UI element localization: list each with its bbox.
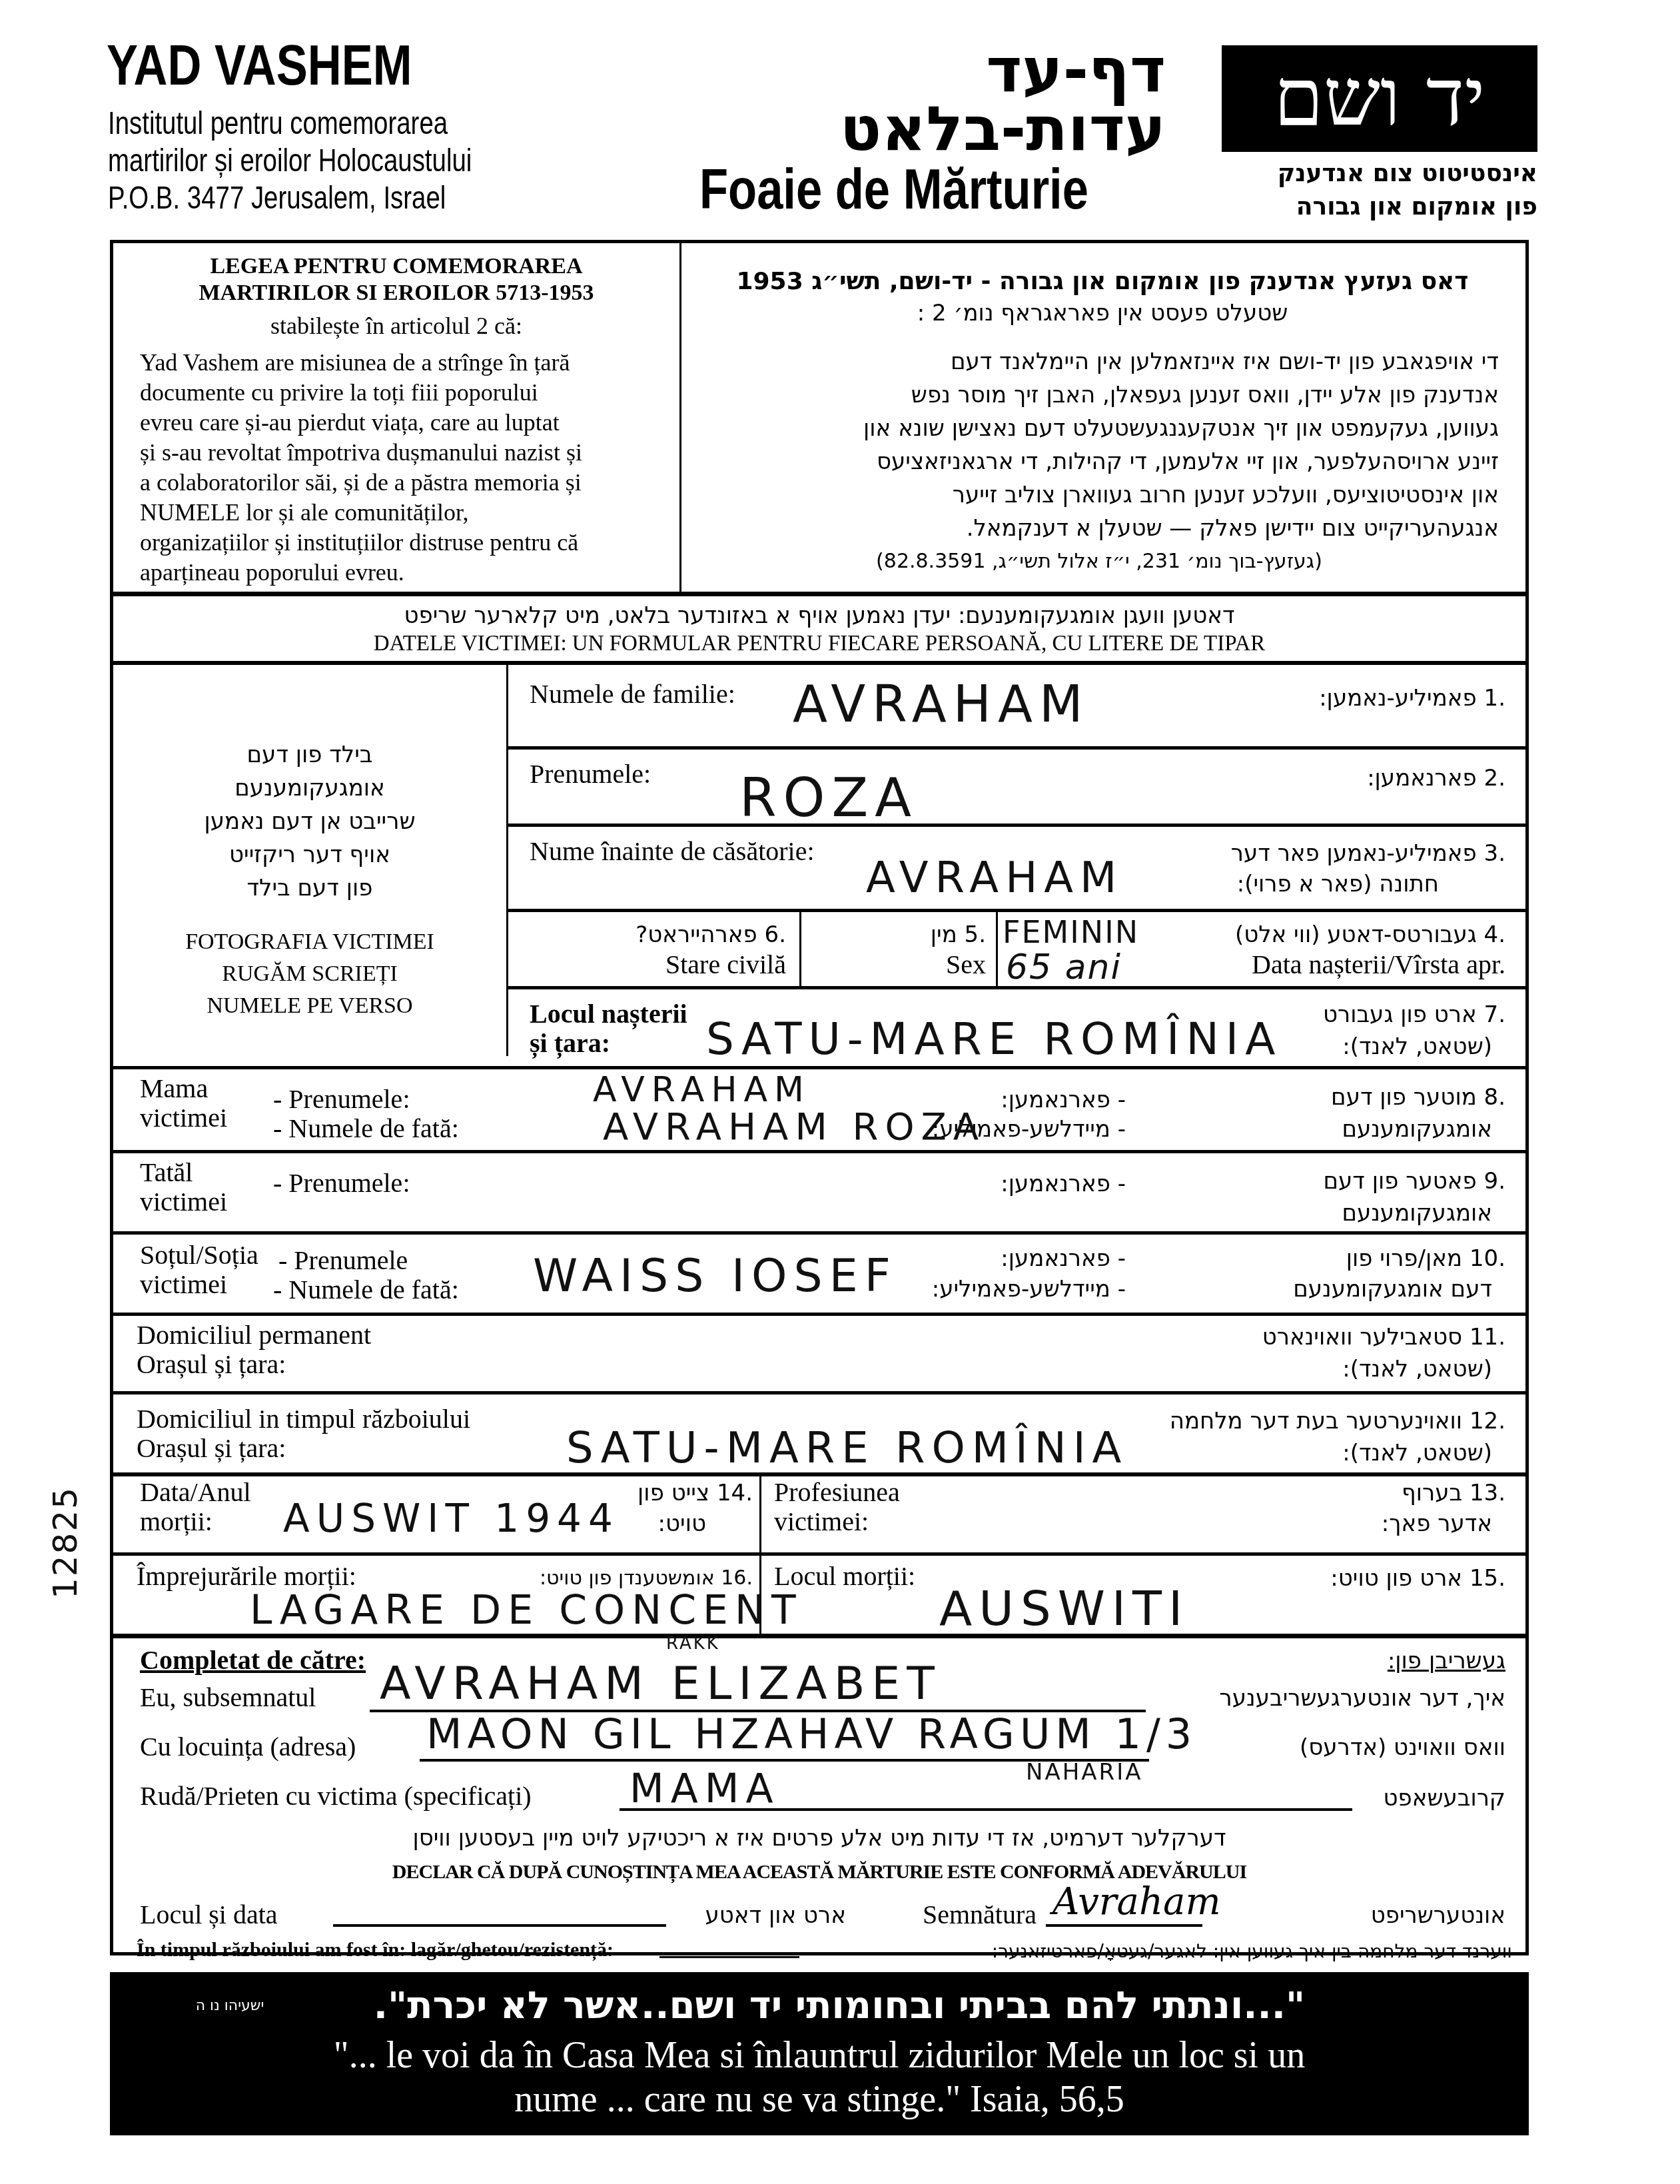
title-yiddish: עדות-בלאט bbox=[699, 97, 1166, 161]
field-12-label-yi-2: (שטאט, לאנד): bbox=[1132, 1438, 1492, 1468]
wartime-label-ro: În timpul războiului am fost în: lagăr/g… bbox=[137, 1937, 614, 1963]
law-ro-body: Yad Vashem are misiunea de a strînge în … bbox=[140, 348, 663, 588]
wartime-underline bbox=[659, 1956, 799, 1958]
field-15-label-ro: Locul morții: bbox=[774, 1562, 915, 1591]
field-7-label-ro-1: Locul nașterii bbox=[530, 999, 687, 1029]
law-ro-line: a colaboratorilor săi, și de a păstra me… bbox=[140, 468, 663, 498]
field-9-label-ro-2: victimei bbox=[140, 1187, 227, 1217]
death-date-value[interactable]: AUSWIT 1944 bbox=[283, 1495, 620, 1542]
place-date-label-yi: ארט און דאטע bbox=[666, 1900, 846, 1931]
org-name: YAD VASHEM bbox=[107, 35, 412, 96]
field-8-label-yi-1: .8 מוטער פון דעם bbox=[1172, 1082, 1505, 1113]
field-9-label-yi-1: .9 פאטער פון דעם bbox=[1172, 1166, 1505, 1197]
submitter-name-label-ro: Eu, subsemnatul bbox=[140, 1683, 316, 1712]
photo-ro-line: RUGĂM SCRIEȚI bbox=[117, 958, 503, 990]
submitter-name-label-yi: איך, דער אונטערגעשריבענער bbox=[1159, 1683, 1505, 1714]
place-date-label-ro: Locul și data bbox=[140, 1900, 278, 1929]
field-9-label-ro-1: Tatăl bbox=[140, 1158, 193, 1187]
place-date-underline bbox=[333, 1924, 666, 1927]
wartime-label-yi: ווערנד דער מלחמה בין איך געווען אין: לאג… bbox=[806, 1936, 1512, 1967]
field-4-label-ro: Data nașterii/Vîrsta apr. bbox=[1159, 950, 1505, 979]
divider bbox=[110, 1391, 1529, 1394]
family-name-value[interactable]: AVRAHAM bbox=[793, 674, 1090, 734]
field-1-label-ro: Numele de familie: bbox=[530, 680, 735, 709]
quote-romanian-1: "... le voi da în Casa Mea si înlauntrul… bbox=[110, 2033, 1529, 2077]
field-6-label-ro: Stare civilă bbox=[533, 950, 786, 979]
field-14-label-ro-1: Data/Anul bbox=[140, 1478, 251, 1507]
law-ro-line: organizațiilor și instituțiilor distruse… bbox=[140, 528, 663, 558]
field-11-label-yi-2: (שטאט, לאנד): bbox=[1132, 1354, 1492, 1384]
logo-text: יד ושם bbox=[1222, 48, 1537, 148]
field-3-label-ro: Nume înainte de căsătorie: bbox=[530, 837, 815, 866]
org-address: P.O.B. 3477 Jerusalem, Israel bbox=[108, 181, 446, 216]
address-value[interactable]: MAON GIL HZAHAV RAGUM 1/3 bbox=[426, 1710, 1197, 1759]
margin-note: 12825 bbox=[47, 1486, 84, 1599]
field-10-sub-1-yi: - פארנאמען: bbox=[866, 1243, 1126, 1274]
law-ro-line: aparțineau poporului evreu. bbox=[140, 558, 663, 588]
field-8-label-ro-2: victimei bbox=[140, 1103, 227, 1133]
law-divider bbox=[679, 241, 681, 594]
field-13-label-yi-1: .13 בערוף bbox=[1266, 1478, 1505, 1508]
law-yi-title-1: דאס געזעץ אנדענק פון אומקום און גבורה - … bbox=[686, 267, 1519, 297]
photo-ro-line: FOTOGRAFIA VICTIMEI bbox=[117, 926, 503, 958]
law-ro-title-2: MARTIRILOR SI EROILOR 5713-1953 bbox=[117, 280, 676, 306]
declaration-yi: דערקלער דערמיט, אז די עדות מיט אלע פרטים… bbox=[117, 1823, 1522, 1854]
divider bbox=[110, 1552, 1529, 1556]
law-ro-line: NUMELE lor și ale comunităților, bbox=[140, 498, 663, 528]
field-8-sub-2: - Numele de fată: bbox=[273, 1114, 459, 1143]
quote-hebrew-reference: ישעיהו נו ה bbox=[180, 1996, 280, 2016]
divider bbox=[110, 592, 1529, 596]
declaration-ro: DECLAR CĂ DUPĂ CUNOȘTINȚA MEA ACEASTĂ MĂ… bbox=[117, 1859, 1522, 1886]
divider bbox=[799, 910, 801, 987]
divider bbox=[110, 1066, 1529, 1069]
quote-hebrew: "...ונתתי להם בביתי ובחומותי יד ושם..אשר… bbox=[266, 1984, 1412, 2028]
field-9-sub-1: - Prenumele: bbox=[273, 1169, 410, 1198]
field-2-label-ro: Prenumele: bbox=[530, 760, 651, 789]
relation-label-yi: קרובעשאפט bbox=[1306, 1783, 1505, 1814]
law-yi-line: און אינסטיטוציעס, וועלכע זענען חרוב געוו… bbox=[699, 478, 1499, 512]
divider bbox=[506, 909, 1529, 912]
photo-yi-line: פון דעם בילד bbox=[117, 871, 503, 905]
field-10-label-ro-2: victimei bbox=[140, 1270, 227, 1299]
death-circumstances-value[interactable]: LAGARE DE CONCENT bbox=[250, 1587, 803, 1634]
divider bbox=[110, 1634, 1529, 1638]
birthplace-value[interactable]: SATU-MARE ROMÎNIA bbox=[706, 1013, 1282, 1066]
field-8-sub-1: - Prenumele: bbox=[273, 1085, 410, 1114]
field-10-label-yi-2: דעם אומגעקומענעם bbox=[1146, 1274, 1492, 1305]
law-yi-line: זיינע ארויסהעלפער, און זיי אלעמען, די קה… bbox=[699, 445, 1499, 478]
mother-maiden-name-value[interactable]: AVRAHAM ROZA bbox=[603, 1106, 985, 1149]
quote-romanian-2: nume ... care nu se va stinge." Isaia, 5… bbox=[110, 2077, 1529, 2121]
relation-label-ro: Rudă/Prieten cu victima (specificați) bbox=[140, 1782, 532, 1811]
signature-value[interactable]: Avraham bbox=[1052, 1879, 1221, 1925]
divider bbox=[110, 1231, 1529, 1235]
law-ro-line: și s-au revoltat împotriva dușmanului na… bbox=[140, 438, 663, 468]
field-9-sub-1-yi: - פארנאמען: bbox=[866, 1169, 1126, 1199]
field-8-label-yi-2: אומגעקומענעם bbox=[1172, 1114, 1492, 1145]
law-yi-line: די אויפגאבע פון יד-ושם איז איינזאמלען אי… bbox=[699, 345, 1499, 378]
divider bbox=[506, 823, 1529, 827]
photo-yi-line: אויף דער ריקזייט bbox=[117, 838, 503, 871]
field-3-label-yi-1: .3 פאמיליע-נאמען פאר דער bbox=[1066, 838, 1505, 869]
photo-ro-line: NUMELE PE VERSO bbox=[117, 990, 503, 1022]
org-subtitle-2: martirilor și eroilor Holocaustului bbox=[108, 144, 472, 179]
completed-by-label-ro: Completat de către: bbox=[140, 1646, 366, 1675]
law-ro-title-3: stabilește în articolul 2 că: bbox=[117, 312, 676, 340]
field-11-label-ro-2: Orașul și țara: bbox=[137, 1350, 286, 1379]
completed-by-label-yi: געשריבן פון: bbox=[1266, 1646, 1505, 1676]
field-13-label-ro-1: Profesiunea bbox=[774, 1478, 900, 1507]
victim-heading-ro: DATELE VICTIMEI: UN FORMULAR PENTRU FIEC… bbox=[117, 630, 1522, 657]
law-yi-title-2: שטעלט פעסט אין פאראגראף נומ׳ 2 : bbox=[686, 298, 1519, 328]
photo-yi-line: שרייבט אן דעם נאמען bbox=[117, 805, 503, 838]
field-10-sub-2: - Numele de fată: bbox=[273, 1275, 459, 1305]
address-label-ro: Cu locuința (adresa) bbox=[140, 1732, 356, 1762]
sex-value[interactable]: FEMININ bbox=[1003, 914, 1139, 950]
divider bbox=[996, 910, 998, 987]
field-2-label-yi: .2 פארנאמען: bbox=[1066, 763, 1505, 794]
field-15-label-yi: .15 ארט פון טויט: bbox=[1252, 1563, 1505, 1594]
photo-yi-line: בילד פון דעם bbox=[117, 738, 503, 772]
photo-column-divider bbox=[506, 663, 508, 1056]
field-9-label-yi-2: אומגעקומענעם bbox=[1172, 1198, 1492, 1229]
divider bbox=[506, 746, 1529, 750]
field-13-label-ro-2: victimei: bbox=[774, 1507, 869, 1536]
first-name-value[interactable]: ROZA bbox=[739, 766, 918, 830]
law-ro-line: evreu care și-au pierdut viața, care au … bbox=[140, 408, 663, 438]
field-12-label-ro-2: Orașul și țara: bbox=[137, 1434, 286, 1463]
photo-yi-line: אומגעקומענעם bbox=[117, 772, 503, 805]
field-10-sub-1: - Prenumele bbox=[278, 1246, 408, 1275]
divider bbox=[110, 1313, 1529, 1316]
signature-label-ro: Semnătura bbox=[923, 1900, 1037, 1929]
field-10-label-ro-1: Soțul/Soția bbox=[140, 1241, 258, 1270]
spouse-name-value[interactable]: WAISS IOSEF bbox=[533, 1250, 897, 1303]
law-yi-line: (געזעץ-בוך נומ׳ 231, י״ז אלול תשי״ג, 82.… bbox=[699, 545, 1499, 578]
field-11-label-yi-1: .11 סטאבילער וואוינארט bbox=[1132, 1322, 1505, 1353]
title-romanian: Foaie de Mărturie bbox=[699, 159, 1088, 220]
mother-first-name-value[interactable]: AVRAHAM bbox=[593, 1070, 811, 1110]
law-yi-line: אנגעהעריקייט צום יידישן פאלק — שטעלן א ד… bbox=[699, 512, 1499, 545]
victim-heading-yi: דאטען וועגן אומגעקומענעם: יעדן נאמען אוי… bbox=[117, 601, 1522, 630]
signature-label-yi: אונטערשריפט bbox=[1326, 1900, 1505, 1931]
death-place-value[interactable]: AUSWITI bbox=[939, 1580, 1189, 1636]
law-ro-line: Yad Vashem are misiunea de a strînge în … bbox=[140, 348, 663, 378]
wartime-residence-value[interactable]: SATU-MARE ROMÎNIA bbox=[566, 1423, 1128, 1474]
field-5-label-yi: .5 מין bbox=[806, 919, 986, 950]
logo-subtitle-1: אינסטיטוט צום אנדענק bbox=[1222, 160, 1537, 188]
maiden-name-value[interactable]: AVRAHAM bbox=[866, 851, 1123, 905]
address-label-yi: וואס וואוינט (אדרעס) bbox=[1159, 1732, 1505, 1763]
org-subtitle-1: Institutul pentru comemorarea bbox=[108, 107, 448, 141]
submitter-name-value[interactable]: AVRAHAM ELIZABET bbox=[380, 1658, 941, 1711]
divider bbox=[110, 1150, 1529, 1153]
law-yi-line: געווען, געקעמפט און זיך אנטקעגנגעשטעלט ד… bbox=[699, 412, 1499, 445]
law-ro-title-1: LEGEA PENTRU COMEMORAREA bbox=[117, 253, 676, 280]
divider bbox=[110, 1472, 1529, 1476]
field-12-label-ro-1: Domiciliul in timpul războiului bbox=[137, 1404, 470, 1434]
field-11-label-ro-1: Domiciliul permanent bbox=[137, 1321, 371, 1350]
field-10-label-yi-1: .10 מאן/פרוי פון bbox=[1172, 1243, 1505, 1274]
field-13-label-yi-2: אדער פאך: bbox=[1266, 1508, 1492, 1539]
logo-subtitle-2: פון אומקום און גבורה bbox=[1222, 193, 1537, 221]
field-4-label-yi: .4 געבורטס-דאטע (ווי אלט) bbox=[1159, 919, 1505, 950]
relation-value[interactable]: MAMA bbox=[630, 1766, 780, 1812]
divider bbox=[110, 661, 1529, 665]
field-14-label-yi-1: .14 צייט פון bbox=[600, 1478, 753, 1508]
submitter-note: RAKK bbox=[666, 1634, 720, 1654]
photo-instructions-ro: FOTOGRAFIA VICTIMEI RUGĂM SCRIEȚI NUMELE… bbox=[117, 926, 503, 1022]
photo-instructions-yi: בילד פון דעם אומגעקומענעם שרייבט אן דעם … bbox=[117, 738, 503, 905]
address-note: NAHARIA bbox=[1026, 1759, 1142, 1786]
field-10-sub-2-yi: - מיידלשע-פאמיליע: bbox=[866, 1274, 1126, 1305]
law-yi-body: די אויפגאבע פון יד-ושם איז איינזאמלען אי… bbox=[699, 345, 1499, 578]
field-6-label-yi: .6 פארהייראט? bbox=[533, 919, 786, 950]
field-8-label-ro-1: Mama bbox=[140, 1074, 208, 1103]
field-14-label-ro-2: morții: bbox=[140, 1507, 212, 1536]
field-7-label-ro-2: și țara: bbox=[530, 1029, 610, 1058]
law-ro-line: documente cu privire la toți fiii poporu… bbox=[140, 378, 663, 408]
age-value[interactable]: 65 ani bbox=[1006, 949, 1122, 986]
field-5-label-ro: Sex bbox=[806, 950, 986, 979]
field-1-label-yi: .1 פאמיליע-נאמען: bbox=[1066, 683, 1505, 714]
law-yi-line: אנדענק פון אלע יידן, וואס זענען געפאלן, … bbox=[699, 378, 1499, 412]
divider bbox=[506, 986, 1529, 989]
